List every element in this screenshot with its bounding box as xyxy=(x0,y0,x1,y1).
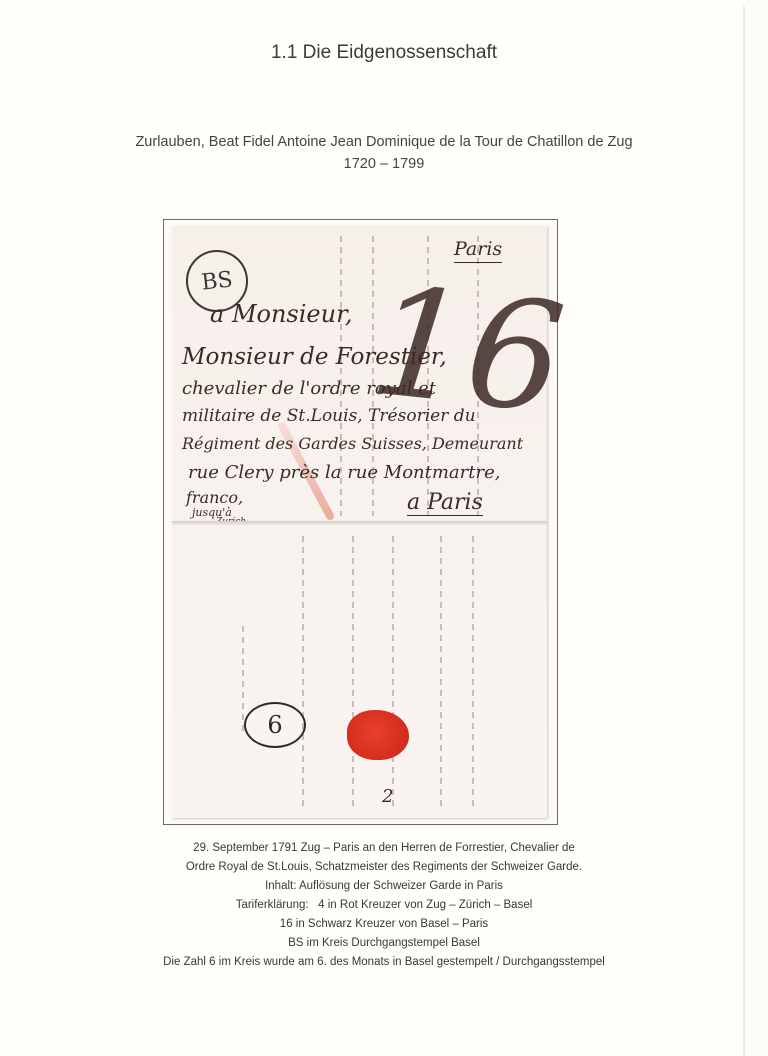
letter-photo-frame: BS Paris 16 a Monsieur, Monsieur de Fore… xyxy=(163,219,558,825)
address-line: rue Clery près la rue Montmartre, xyxy=(188,462,500,483)
ghost-writing xyxy=(440,536,442,806)
paris-destination-mark: Paris xyxy=(454,238,502,263)
caption-line: Die Zahl 6 im Kreis wurde am 6. des Mona… xyxy=(0,953,768,972)
number-6-circle-stamp: 6 xyxy=(244,702,306,748)
caption-line: 29. September 1791 Zug – Paris an den He… xyxy=(0,839,768,858)
caption-line: BS im Kreis Durchgangstempel Basel xyxy=(0,934,768,953)
life-years: 1720 – 1799 xyxy=(0,153,768,175)
caption-line: Inhalt: Auflösung der Schweizer Garde in… xyxy=(0,877,768,896)
page-title: 1.1 Die Eidgenossenschaft xyxy=(0,42,768,64)
subtitle-block: Zurlauben, Beat Fidel Antoine Jean Domin… xyxy=(0,131,768,175)
ghost-writing xyxy=(352,536,354,806)
letter-fold xyxy=(172,521,547,525)
caption-block: 29. September 1791 Zug – Paris an den He… xyxy=(0,839,768,972)
address-line: Régiment des Gardes Suisses, Demeurant xyxy=(182,434,523,453)
caption-line: Ordre Royal de St.Louis, Schatzmeister d… xyxy=(0,858,768,877)
red-wax-seal xyxy=(347,710,409,760)
address-line: a Monsieur, xyxy=(210,300,353,328)
address-line: Monsieur de Forestier, xyxy=(182,344,447,370)
address-line: chevalier de l'ordre royal et xyxy=(182,378,436,399)
caption-line: Tariferklärung: 4 in Rot Kreuzer von Zug… xyxy=(0,896,768,915)
ghost-writing xyxy=(302,536,304,806)
person-name: Zurlauben, Beat Fidel Antoine Jean Domin… xyxy=(0,131,768,153)
address-line: a Paris xyxy=(407,490,483,516)
caption-line: 16 in Schwarz Kreuzer von Basel – Paris xyxy=(0,915,768,934)
letter-image: BS Paris 16 a Monsieur, Monsieur de Fore… xyxy=(172,226,547,818)
ghost-writing xyxy=(392,536,394,806)
address-line: militaire de St.Louis, Trésorier du xyxy=(182,406,476,426)
ghost-writing xyxy=(472,536,474,806)
franco-note: franco, xyxy=(186,488,243,507)
back-mark: 2 xyxy=(382,786,393,807)
